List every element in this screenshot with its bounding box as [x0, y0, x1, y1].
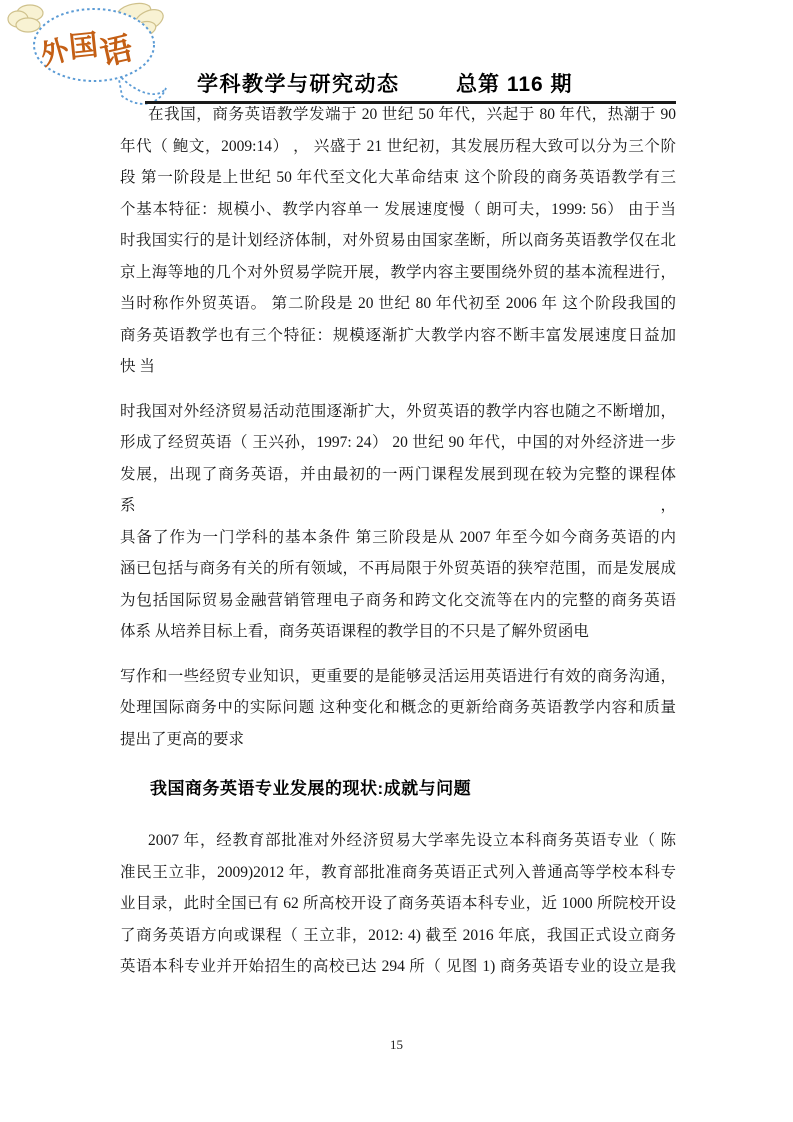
text-line: 业目录，此时全国已有 62 所高校开设了商务英语本科专业，近 1000 所院校开…: [120, 888, 676, 920]
logo-char-2: 国: [67, 29, 99, 65]
paragraph: 写作和一些经贸专业知识，更重要的是能够灵活运用英语进行有效的商务沟通，处理国际商…: [120, 661, 676, 756]
paragraphs-after-heading: 2007 年，经教育部批准对外经济贸易大学率先设立本科商务英语专业（ 陈准民王立…: [120, 825, 676, 983]
text-line: 具备了作为一门学科的基本条件 第三阶段是从 2007 年至今如今商务英语的内: [120, 522, 676, 554]
paragraphs-before-heading: 在我国，商务英语教学发端于 20 世纪 50 年代，兴起于 80 年代，热潮于 …: [120, 99, 676, 755]
text-line: 在我国，商务英语教学发端于 20 世纪 50 年代，兴起于 80 年代，热潮于 …: [120, 99, 676, 131]
text-line: 时我国实行的是计划经济体制，对外贸易由国家垄断，所以商务英语教学仅在北: [120, 225, 676, 257]
section-heading: 我国商务英语专业发展的现状:成就与问题: [120, 776, 676, 802]
text-line: 年代（ 鲍文，2009:14） ， 兴盛于 21 世纪初，其发展历程大致可以分为…: [120, 131, 676, 163]
text-line: 商务英语教学也有三个特征：规模逐渐扩大教学内容不断丰富发展速度日益加: [120, 320, 676, 352]
text-line: 2007 年，经教育部批准对外经济贸易大学率先设立本科商务英语专业（ 陈: [120, 825, 676, 857]
text-line: 写作和一些经贸专业知识，更重要的是能够灵活运用英语进行有效的商务沟通，: [120, 661, 676, 693]
paragraph: 时我国对外经济贸易活动范围逐渐扩大，外贸英语的教学内容也随之不断增加，形成了经贸…: [120, 396, 676, 648]
paragraph: 2007 年，经教育部批准对外经济贸易大学率先设立本科商务英语专业（ 陈准民王立…: [120, 825, 676, 983]
left-wing-icon: [8, 5, 43, 32]
text-line: 准民王立非，2009)2012 年，教育部批准商务英语正式列入普通高等学校本科专: [120, 857, 676, 889]
journal-logo: 外 国 语: [6, 2, 176, 114]
article-body: 在我国，商务英语教学发端于 20 世纪 50 年代，兴起于 80 年代，热潮于 …: [120, 99, 676, 983]
text-line: 形成了经贸英语（ 王兴孙，1997: 24） 20 世纪 90 年代，中国的对外…: [120, 427, 676, 459]
text-line: 英语本科专业并开始招生的高校已达 294 所（ 见图 1) 商务英语专业的设立是…: [120, 951, 676, 983]
journal-title: 学科教学与研究动态: [197, 68, 400, 98]
text-line: 提出了更高的要求: [120, 724, 676, 756]
paragraph: 在我国，商务英语教学发端于 20 世纪 50 年代，兴起于 80 年代，热潮于 …: [120, 99, 676, 383]
text-line: 发展，出现了商务英语，并由最初的一两门课程发展到现在较为完整的课程体系，: [120, 459, 676, 522]
text-line: 为包括国际贸易金融营销管理电子商务和跨文化交流等在内的完整的商务英语: [120, 585, 676, 617]
text-line: 当时称作外贸英语。 第二阶段是 20 世纪 80 年代初至 2006 年 这个阶…: [120, 288, 676, 320]
text-line: 处理国际商务中的实际问题 这种变化和概念的更新给商务英语教学内容和质量: [120, 692, 676, 724]
document-page: { "page": { "number": "15" }, "logo": { …: [0, 0, 793, 1122]
text-line: 段 第一阶段是上世纪 50 年代至文化大革命结束 这个阶段的商务英语教学有三: [120, 162, 676, 194]
issue-number: 总第 116 期: [456, 68, 573, 98]
text-line: 快 当: [120, 351, 676, 383]
text-line: 京上海等地的几个对外贸易学院开展，教学内容主要围绕外贸的基本流程进行，: [120, 257, 676, 289]
text-line: 了商务英语方向或课程（ 王立非，2012: 4) 截至 2016 年底，我国正式…: [120, 920, 676, 952]
text-line: 时我国对外经济贸易活动范围逐渐扩大，外贸英语的教学内容也随之不断增加，: [120, 396, 676, 428]
text-line: 涵已包括与商务有关的所有领域，不再局限于外贸英语的狭窄范围，而是发展成: [120, 553, 676, 585]
speech-bubble-logo: 外 国 语: [6, 2, 176, 114]
text-line: 个基本特征：规模小、教学内容单一 发展速度慢（ 朗可夫，1999: 56） 由于…: [120, 194, 676, 226]
text-line: 体系 从培养目标上看，商务英语课程的教学目的不只是了解外贸函电: [120, 616, 676, 648]
page-number: 15: [0, 1037, 793, 1053]
